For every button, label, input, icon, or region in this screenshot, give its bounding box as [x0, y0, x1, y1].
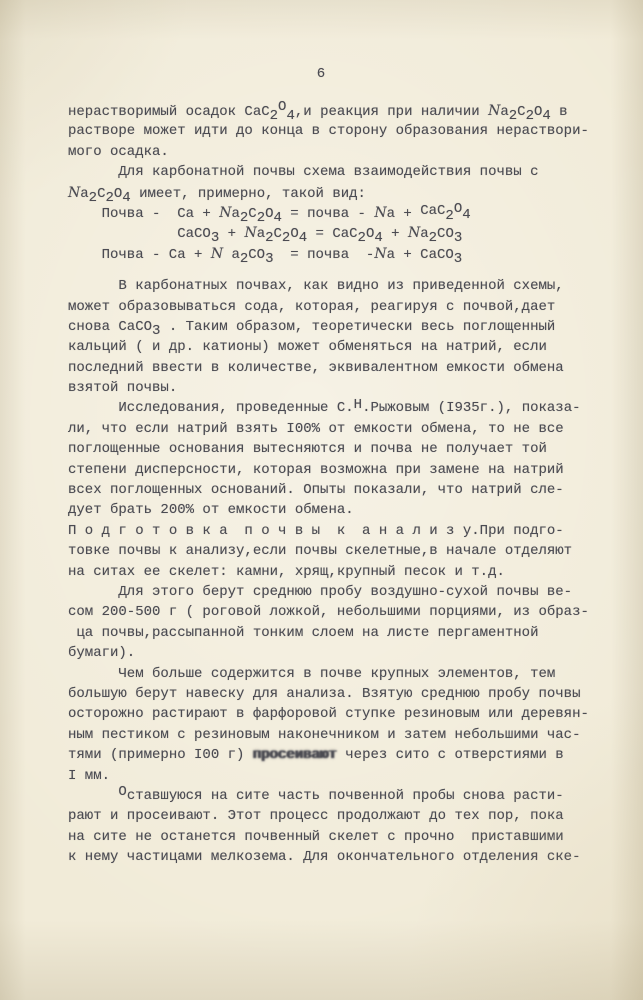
text-run: 2 — [509, 106, 517, 126]
text-line: большую берут навеску для анализа. Взяту… — [68, 684, 608, 704]
text-line: ца почвы,рассыпанной тонким слоем на лис… — [68, 623, 608, 643]
text-run: 4 — [542, 106, 550, 126]
text-line: к нему частицами мелкозема. Для окончате… — [68, 847, 608, 867]
text-run: 3 — [265, 249, 273, 269]
text-run: взятой почвы. — [68, 378, 177, 398]
text-line: ным пестиком с резиновым наконечником и … — [68, 725, 608, 745]
text-run: 4 — [274, 208, 282, 228]
text-run: 2 — [358, 228, 366, 248]
text-line: ли, что если натрий взять I00% от емкост… — [68, 419, 608, 439]
text-line: осторожно растирают в фарфоровой ступке … — [68, 704, 608, 724]
text-run: 2 — [257, 208, 265, 228]
text-line: дует брать 200% от емкости обмена. — [68, 500, 608, 520]
text-run: на сите не останется почвенный скелет с … — [68, 827, 564, 847]
text-line: снова CaCO3 . Таким образом, теоретическ… — [68, 317, 608, 337]
document-page: 6 нерастворимый осадок CaC2O4,и реакция … — [0, 0, 643, 1000]
text-run: C — [517, 102, 525, 122]
text-run: 3 — [211, 228, 219, 248]
text-run: Чем больше содержится в почве крупных эл… — [118, 664, 555, 684]
text-line: П о д г о т о в к а п о ч в ы к а н а л … — [68, 521, 608, 541]
text-run: 2 — [282, 228, 290, 248]
text-run: a — [223, 245, 240, 265]
text-run: a + CaCO — [387, 245, 454, 265]
text-run: мого осадка. — [68, 142, 169, 162]
text-run: CaC — [420, 201, 445, 221]
text-line: нерастворимый осадок CaC2O4,и реакция пр… — [68, 101, 608, 121]
text-run: бумаги). — [68, 643, 135, 663]
text-run: = почва - — [282, 204, 374, 224]
text-run: имеет, примерно, такой вид: — [131, 184, 366, 204]
text-run: поглощенные основания вытесняются и почв… — [68, 439, 547, 459]
text-run: 2 — [240, 208, 248, 228]
text-line: мого осадка. — [68, 142, 608, 162]
text-run: В карбонатных почвах, как видно из приве… — [118, 276, 563, 296]
text-run: a — [500, 102, 508, 122]
text-run: CO — [437, 224, 454, 244]
text-run: Для карбонатной почвы схема взаимодейств… — [118, 162, 538, 182]
text-line: Для этого берут среднюю пробу воздушно-с… — [68, 582, 608, 602]
text-line: сом 200-500 г ( роговой ложкой, небольши… — [68, 602, 608, 622]
text-run: a + — [387, 204, 421, 224]
text-run: тями (примерно I00 г) — [68, 745, 253, 765]
text-run: Исследования, проведенные С. — [118, 398, 353, 418]
text-run: снова CaCO — [68, 317, 152, 337]
text-run: просеивают — [253, 745, 337, 765]
text-run: О — [118, 782, 126, 802]
text-line: В карбонатных почвах, как видно из приве… — [68, 276, 608, 296]
text-line: Для карбонатной почвы схема взаимодейств… — [68, 162, 608, 182]
text-line: Почва - Ca + Na2C2O4 = почва - Na + CaC2… — [68, 203, 608, 223]
text-run: 4 — [374, 228, 382, 248]
text-run: Почва - Ca + — [102, 204, 220, 224]
text-run: в — [551, 102, 568, 122]
text-run: O — [265, 204, 273, 224]
text-run: 3 — [152, 321, 160, 341]
text-run: .Рыжовым (I935г.), показа- — [362, 398, 580, 418]
text-run: 2 — [429, 228, 437, 248]
document-text: нерастворимый осадок CaC2O4,и реакция пр… — [68, 101, 608, 867]
text-run: всех поглощенных оснований. Опыты показа… — [68, 480, 564, 500]
text-line: кальций ( и др. катионы) может обменятьс… — [68, 337, 608, 357]
text-run: ли, что если натрий взять I00% от емкост… — [68, 419, 564, 439]
text-run: 2 — [526, 106, 534, 126]
text-run: 2 — [89, 188, 97, 208]
text-run: нерастворимый осадок CaC — [68, 102, 270, 122]
text-line: на сите не останется почвенный скелет с … — [68, 827, 608, 847]
text-run: ным пестиком с резиновым наконечником и … — [68, 725, 580, 745]
text-run: П о д г о т о в к а п о ч в ы к а н а л … — [68, 521, 564, 541]
text-run: + — [383, 224, 408, 244]
text-run: через сито с отверстиями в — [337, 745, 564, 765]
text-line: тями (примерно I00 г) просеивают через с… — [68, 745, 608, 765]
text-run: большую берут навеску для анализа. Взяту… — [68, 684, 580, 704]
sodium-script-letter: N — [374, 203, 386, 223]
text-run: ставшуюся на сите часть почвенной пробы … — [127, 786, 564, 806]
sodium-script-letter: N — [219, 203, 231, 223]
text-line: степени дисперсности, которая возможна п… — [68, 460, 608, 480]
sodium-script-letter: N — [488, 101, 500, 121]
text-line: рают и просеивают. Этот процесс продолжа… — [68, 806, 608, 826]
sodium-script-letter: N — [68, 183, 80, 203]
text-run: a — [80, 184, 88, 204]
text-run: кальций ( и др. катионы) может обменятьс… — [68, 337, 547, 357]
text-run: 2 — [265, 228, 273, 248]
text-run: 3 — [454, 228, 462, 248]
text-run: ца почвы,рассыпанной тонким слоем на лис… — [76, 623, 538, 643]
text-line: I мм. — [68, 766, 608, 786]
text-run: 2 — [270, 106, 278, 126]
text-run: 2 — [105, 188, 113, 208]
text-line: CaCO3 + Na2C2O4 = CaC2O4 + Na2CO3 — [68, 223, 608, 243]
text-run: на ситах ее скелет: камни, хрящ,крупный … — [68, 562, 505, 582]
text-run: 3 — [454, 249, 462, 269]
text-run: 4 — [122, 188, 130, 208]
text-line: товке почвы к анализу,если почвы скелетн… — [68, 541, 608, 561]
text-run: a — [231, 204, 239, 224]
text-run: CO — [248, 245, 265, 265]
text-run: рают и просеивают. Этот процесс продолжа… — [68, 806, 564, 826]
text-line: Оставшуюся на сите часть почвенной пробы… — [68, 786, 608, 806]
text-run: . Таким образом, теоретически весь погло… — [160, 317, 555, 337]
text-run: 2 — [240, 249, 248, 269]
text-run: I мм. — [68, 766, 110, 786]
text-run: Почва - Ca + — [102, 245, 211, 265]
text-run: 4 — [286, 106, 294, 126]
text-run: O — [454, 199, 462, 219]
text-run: Н — [354, 395, 362, 415]
text-line: поглощенные основания вытесняются и почв… — [68, 439, 608, 459]
text-line: может образовываться сода, которая, реаг… — [68, 297, 608, 317]
text-run: может образовываться сода, которая, реаг… — [68, 297, 555, 317]
text-run: степени дисперсности, которая возможна п… — [68, 460, 564, 480]
text-run: = CaC — [307, 224, 357, 244]
text-line: всех поглощенных оснований. Опыты показа… — [68, 480, 608, 500]
text-run: a — [420, 224, 428, 244]
text-run: сом 200-500 г ( роговой ложкой, небольши… — [68, 602, 589, 622]
page-number: 6 — [0, 66, 643, 82]
text-run: 4 — [462, 205, 470, 225]
text-line: на ситах ее скелет: камни, хрящ,крупный … — [68, 562, 608, 582]
text-line: бумаги). — [68, 643, 608, 663]
sodium-script-letter: N — [408, 223, 420, 243]
text-run: дует брать 200% от емкости обмена. — [68, 500, 354, 520]
text-run: O — [290, 224, 298, 244]
text-run: осторожно растирают в фарфоровой ступке … — [68, 704, 589, 724]
text-line: Исследования, проведенные С.Н.Рыжовым (I… — [68, 398, 608, 418]
text-run: 2 — [445, 206, 453, 226]
text-run: Для этого берут среднюю пробу воздушно-с… — [118, 582, 572, 602]
text-run: к нему частицами мелкозема. Для окончате… — [68, 847, 580, 867]
text-run: CaCO — [177, 224, 211, 244]
text-run: ,и реакция при наличии — [295, 102, 488, 122]
text-line: взятой почвы. — [68, 378, 608, 398]
text-run: C — [248, 204, 256, 224]
text-run: товке почвы к анализу,если почвы скелетн… — [68, 541, 572, 561]
text-run: последний ввести в количестве, эквивален… — [68, 358, 564, 378]
text-line: Почва - Ca + N a2CO3 = почва -Na + CaCO3 — [68, 244, 608, 264]
text-line: последний ввести в количестве, эквивален… — [68, 358, 608, 378]
text-line: Чем больше содержится в почве крупных эл… — [68, 664, 608, 684]
text-line: Na2C2O4 имеет, примерно, такой вид: — [68, 183, 608, 203]
text-run: 4 — [299, 228, 307, 248]
